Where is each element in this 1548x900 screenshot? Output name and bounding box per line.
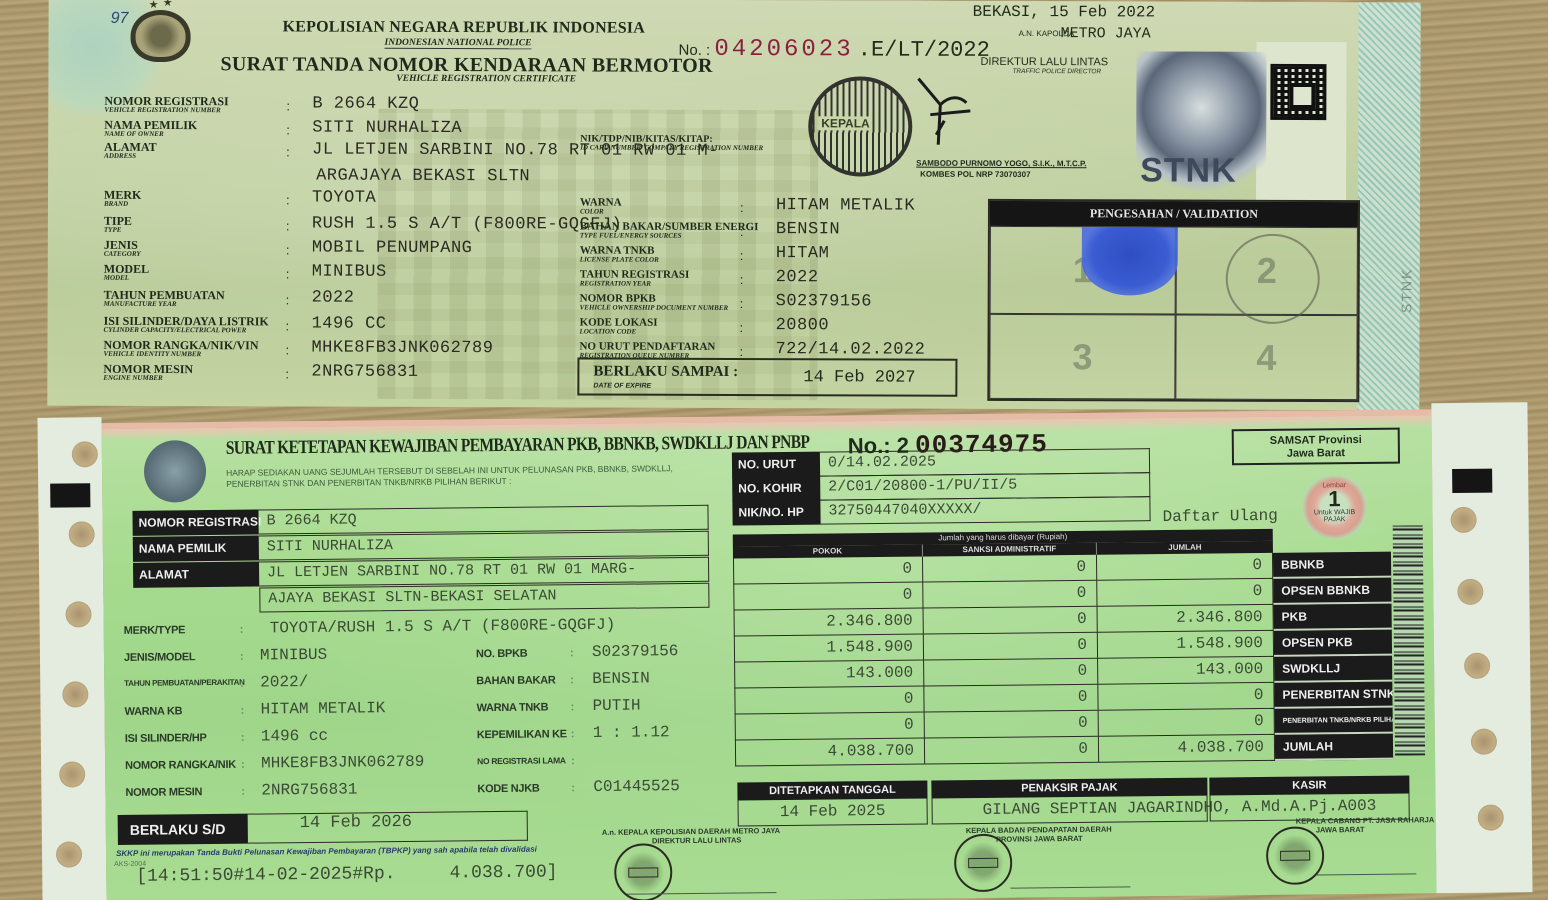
- feed-hole: [69, 521, 95, 547]
- stamp-inner: [1280, 851, 1310, 861]
- skkp-title: SURAT KETETAPAN KEWAJIBAN PEMBAYARAN PKB…: [226, 432, 810, 460]
- field-label: TAHUN REGISTRASIREGISTRATION YEAR: [580, 269, 690, 287]
- bapenda-stamp: [954, 834, 1013, 893]
- feed-hole: [62, 681, 88, 707]
- field-value: 2NRG756831: [311, 363, 418, 382]
- colon: :: [740, 248, 744, 263]
- signature-line: [1010, 886, 1130, 888]
- star-icon: ★: [149, 0, 159, 11]
- vehicle-label: TAHUN PEMBUATAN/PERAKITAN: [124, 678, 244, 688]
- vehicle-value: PUTIH: [592, 697, 640, 716]
- field-value: 20800: [776, 316, 830, 335]
- colon: :: [740, 200, 744, 215]
- cell-pokok: 0: [733, 583, 923, 611]
- document-number-suffix: .E/LT/2022: [858, 37, 990, 62]
- vehicle-value: HITAM METALIK: [260, 699, 385, 718]
- field-value: SITI NURHALIZA: [312, 119, 462, 139]
- colon: :: [740, 296, 744, 311]
- blue-validation-stamp: [1082, 227, 1178, 295]
- vehicle-value: C01445525: [593, 777, 680, 796]
- payment-item-label: OPSEN PKB: [1274, 630, 1392, 657]
- feed-hole: [1471, 729, 1497, 755]
- stamp-inner: [968, 858, 998, 868]
- validation-cell-3: 3: [989, 314, 1175, 400]
- assessor-value: GILANG SEPTIAN JAGARINDHO, A.Md.A.Pj.A00…: [932, 796, 1208, 825]
- field-value: RUSH 1.5 S A/T (F800RE-GQGFJ): [312, 215, 622, 235]
- colon: :: [241, 759, 245, 771]
- cell-jumlah: 2.346.800: [1098, 605, 1274, 633]
- vehicle-label: WARNA KB: [124, 705, 182, 718]
- signatory-rank: KOMBES POL NRP 73070307: [920, 170, 1030, 179]
- stamp-label: KEPALA: [818, 116, 873, 130]
- field-value: MOBIL PENUMPANG: [312, 239, 473, 259]
- feed-hole: [1478, 804, 1504, 830]
- cell-pokok: 0: [735, 713, 925, 741]
- meta-label: NO. KOHIR: [732, 476, 820, 502]
- assessor-box: PENAKSIR PAJAK GILANG SEPTIAN JAGARINDHO…: [931, 778, 1207, 825]
- barcode-icon: [1393, 525, 1425, 755]
- field-label-en: CATEGORY: [104, 251, 141, 258]
- nik-label: NIK/TDP/NIB/KITAS/KITAP: ID CARD NUMBER/…: [580, 133, 763, 152]
- signatory-name: SAMBODO PURNOMO YOGO, S.I.K., M.T.C.P.: [916, 159, 1086, 169]
- registration-mark: [50, 483, 90, 507]
- cell-pokok: 0: [733, 557, 923, 585]
- tractor-feed-strip: [37, 417, 106, 900]
- payment-item-label: PENERBITAN STNK: [1274, 682, 1392, 709]
- colon: :: [240, 678, 244, 690]
- cell-sanksi: 0: [924, 633, 1098, 661]
- colon: :: [570, 647, 574, 659]
- cell-sanksi: 0: [924, 607, 1098, 635]
- validation-stamp: [1226, 234, 1320, 324]
- owner-value: SITI NURHALIZA: [259, 531, 709, 561]
- feed-hole: [1457, 579, 1483, 605]
- owner-value: JL LETJEN SARBINI NO.78 RT 01 RW 01 MARG…: [259, 557, 709, 587]
- vehicle-fields-left: NOMOR REGISTRASIVEHICLE REGISTRATION NUM…: [49, 0, 1421, 2]
- stamp-inner: [628, 867, 658, 877]
- cell-pokok: 4.038.700: [735, 739, 925, 767]
- owner-value-continued: AJAYA BEKASI SLTN-BEKASI SELATAN: [259, 583, 709, 613]
- field-label: MERKBRAND: [104, 190, 141, 208]
- field-value: BENSIN: [776, 220, 840, 239]
- issue-place-date: BEKASI, 15 Feb 2022: [973, 3, 1155, 22]
- payment-item-label: JUMLAH: [1275, 734, 1393, 761]
- field-value: MINIBUS: [312, 263, 387, 282]
- star-icon: ★: [163, 0, 173, 9]
- payment-item-label: SWDKLLJ: [1274, 656, 1392, 683]
- colon: :: [286, 318, 290, 333]
- field-label: TIPETYPE: [104, 216, 132, 234]
- jasaraharja-sign-line2: JAWA BARAT: [1296, 824, 1435, 834]
- skkp-instructions: HARAP SEDIAKAN UANG SEJUMLAH TERSEBUT DI…: [226, 463, 726, 490]
- skkp-body: SURAT KETETAPAN KEWAJIBAN PEMBAYARAN PKB…: [102, 409, 1437, 900]
- police-sign-label: A.n. KEPALA KEPOLISIAN DAERAH METRO JAYA…: [602, 826, 780, 846]
- colon: :: [286, 292, 290, 307]
- field-value: HITAM: [776, 244, 830, 263]
- cell-pokok: 1.548.900: [734, 635, 924, 663]
- expiry-value: 14 Feb 2027: [803, 368, 915, 387]
- field-label-en: VEHICLE REGISTRATION NUMBER: [104, 107, 228, 114]
- assessed-date-value: 14 Feb 2025: [738, 799, 928, 827]
- field-label: NOMOR BPKBVEHICLE OWNERSHIP DOCUMENT NUM…: [580, 293, 729, 312]
- signature-line: [1316, 873, 1416, 875]
- owner-value: B 2664 KZQ: [258, 505, 708, 535]
- colon: :: [240, 624, 244, 636]
- sheet-badge: Lembar 1 Untuk WAJIB PAJAK: [1302, 476, 1367, 539]
- field-label: KODE LOKASILOCATION CODE: [580, 317, 658, 335]
- cell-jumlah: 1.548.900: [1098, 631, 1274, 659]
- service-type: Daftar Ulang: [1162, 507, 1277, 526]
- cashier-label: KASIR: [1209, 775, 1409, 795]
- cell-jumlah: 0: [1098, 683, 1274, 711]
- vehicle-label: KODE NJKB: [477, 783, 539, 796]
- document-number-value: 04206023: [714, 36, 853, 63]
- police-emblem-icon: [130, 10, 190, 62]
- vehicle-label: WARNA TNKB: [476, 701, 548, 714]
- feed-hole: [1450, 507, 1476, 533]
- field-label: NAMA PEMILIKNAME OF OWNER: [104, 120, 197, 138]
- field-value: 722/14.02.2022: [775, 340, 925, 360]
- meta-label: NIK/NO. HP: [732, 500, 820, 526]
- vehicle-label: ISI SILINDER/HP: [125, 732, 207, 745]
- colon: :: [241, 786, 245, 798]
- validation-print: [14:51:50#14-02-2025#Rp. 4.038.700]: [136, 862, 557, 886]
- police-sign-line2: DIREKTUR LALU LINTAS: [602, 835, 780, 846]
- field-value: 2022: [776, 268, 819, 287]
- vehicle-value: 2NRG756831: [261, 780, 357, 799]
- cell-jumlah: 4.038.700: [1099, 735, 1275, 763]
- field-value: TOYOTA: [312, 189, 376, 208]
- owner-label: NOMOR REGISTRASI: [132, 510, 258, 536]
- skkp-note: SKKP ini merupakan Tanda Bukti Pelunasan…: [116, 845, 537, 858]
- field-label: NOMOR REGISTRASIVEHICLE REGISTRATION NUM…: [104, 96, 228, 114]
- vehicle-label: BAHAN BAKAR: [476, 674, 555, 687]
- field-value: 2022: [312, 289, 355, 308]
- field-label: ISI SILINDER/DAYA LISTRIKCYLINDER CAPACI…: [104, 316, 269, 335]
- agency-title: KEPOLISIAN NEGARA REPUBLIK INDONESIA: [283, 18, 645, 37]
- colon: :: [286, 98, 290, 113]
- vehicle-label: NO. BPKB: [476, 648, 528, 661]
- owner-row-continued: AJAYA BEKASI SLTN-BEKASI SELATAN: [259, 583, 709, 613]
- vehicle-fields-right: WARNACOLOR:HITAM METALIKBAHAN BAKAR/SUMB…: [49, 0, 1421, 2]
- field-value: 1496 CC: [312, 315, 387, 334]
- document-number: No. : 04206023 .E/LT/2022: [678, 36, 989, 64]
- colon: :: [286, 144, 290, 159]
- cell-jumlah: 0: [1097, 553, 1273, 581]
- colon: :: [571, 755, 575, 767]
- valid-until-value: 14 Feb 2026: [248, 811, 528, 844]
- validation-cell-4: 4: [1175, 315, 1357, 401]
- colon: :: [286, 266, 290, 281]
- stnk-hologram-label: STNK: [1140, 151, 1237, 190]
- province-emblem-icon: [144, 440, 207, 503]
- vehicle-value: 1 : 1.12: [593, 723, 670, 742]
- side-watermark: STNK: [1398, 268, 1414, 313]
- field-label: NOMOR RANGKA/NIK/VINVEHICLE IDENTITY NUM…: [103, 340, 258, 359]
- official-stamp: KEPALA: [808, 76, 912, 176]
- vehicle-label: NOMOR RANGKA/NIK: [125, 759, 236, 772]
- field-value: B 2664 KZQ: [312, 95, 419, 114]
- cashier-box: KASIR: [1209, 775, 1409, 821]
- qr-code-icon: [1270, 64, 1326, 120]
- samsat-line2: Jawa Barat: [1234, 447, 1398, 462]
- colon: :: [286, 218, 290, 233]
- field-value: MHKE8FB3JNK062789: [311, 339, 493, 359]
- valid-until: BERLAKU S/D 14 Feb 2026: [118, 811, 528, 845]
- cell-pokok: 0: [734, 687, 924, 715]
- cell-sanksi: 0: [924, 659, 1098, 687]
- payment-item-label: PKB: [1274, 604, 1392, 631]
- field-label: TAHUN PEMBUATANMANUFACTURE YEAR: [104, 290, 225, 308]
- feed-hole: [56, 841, 82, 867]
- payment-item-label: BBNKB: [1273, 552, 1391, 579]
- colon: :: [240, 705, 244, 717]
- colon: :: [241, 732, 245, 744]
- cell-pokok: 143.000: [734, 661, 924, 689]
- vehicle-value: TOYOTA/RUSH 1.5 S A/T (F800RE-GQGFJ): [270, 616, 616, 638]
- colon: :: [739, 344, 743, 359]
- colon: :: [286, 122, 290, 137]
- vehicle-label: JENIS/MODEL: [124, 651, 195, 664]
- jasaraharja-sign-line1: KEPALA CABANG PT. JASA RAHARJA: [1296, 815, 1435, 825]
- colon: :: [285, 342, 289, 357]
- payment-item-label: PENERBITAN TNKB/NRKB PILIHAN: [1275, 708, 1393, 735]
- sheet-number: 1: [1302, 489, 1366, 510]
- payment-table: Jumlah yang harus dibayar (Rupiah) POKOK…: [733, 528, 1397, 535]
- feed-hole: [65, 601, 91, 627]
- vehicle-value: S02379156: [592, 642, 679, 661]
- colon: :: [570, 701, 574, 713]
- tractor-feed-strip: [1431, 402, 1532, 893]
- stnk-certificate: 97 ★ ★ KEPOLISIAN NEGARA REPUBLIK INDONE…: [47, 0, 1420, 410]
- validation-grid: PENGESAHAN / VALIDATION 1 2 3 4: [987, 199, 1360, 402]
- feed-hole: [59, 761, 85, 787]
- document-number-label: No. :: [679, 42, 711, 59]
- field-label: ALAMATADDRESS: [104, 142, 157, 160]
- cell-sanksi: 0: [924, 685, 1098, 713]
- field-label: BAHAN BAKAR/SUMBER ENERGITYPE FUEL/ENERG…: [580, 221, 759, 240]
- skkp-tax-assessment: SURAT KETETAPAN KEWAJIBAN PEMBAYARAN PKB…: [37, 402, 1532, 900]
- payment-row: 4.038.70004.038.700JUMLAH: [735, 734, 1393, 767]
- expiry-label-en: DATE OF EXPIRE: [593, 383, 651, 390]
- cell-jumlah: 0: [1099, 709, 1275, 737]
- owner-label: NAMA PEMILIK: [133, 536, 259, 562]
- director-title-en: TRAFFIC POLICE DIRECTOR: [1012, 68, 1101, 75]
- jasaraharja-sign-label: KEPALA CABANG PT. JASA RAHARJA JAWA BARA…: [1296, 815, 1435, 834]
- field-label: WARNACOLOR: [580, 197, 622, 215]
- colon: :: [285, 366, 289, 381]
- meta-value: 32750447040XXXXX/: [820, 496, 1150, 524]
- cell-sanksi: 0: [925, 711, 1099, 739]
- colon: :: [740, 224, 744, 239]
- colon: :: [571, 728, 575, 740]
- handwritten-mark: 97: [111, 10, 129, 28]
- field-label-en: LOCATION CODE: [580, 328, 658, 335]
- field-value-continued: ARGAJAYA BEKASI SLTN: [316, 167, 530, 187]
- valid-until-label: BERLAKU S/D: [118, 814, 248, 845]
- field-label-en: REGISTRATION YEAR: [580, 280, 690, 287]
- police-stamp: [614, 843, 673, 900]
- signature-line: [626, 892, 776, 895]
- cell-jumlah: 143.000: [1098, 657, 1274, 685]
- region: METRO JAYA: [1061, 25, 1151, 42]
- field-label-en: LICENSE PLATE COLOR: [580, 256, 659, 263]
- vehicle-value: MHKE8FB3JNK062789: [261, 753, 424, 773]
- vehicle-value: 2022/: [260, 673, 308, 692]
- colon: :: [740, 320, 744, 335]
- colon: :: [571, 782, 575, 794]
- colon: :: [570, 674, 574, 686]
- field-label-en: TYPE FUEL/ENERGY SOURCES: [580, 232, 758, 240]
- field-label-en: COLOR: [580, 208, 622, 215]
- field-label-en: VEHICLE OWNERSHIP DOCUMENT NUMBER: [580, 304, 729, 312]
- owner-label: ALAMAT: [133, 562, 259, 588]
- colon: :: [286, 242, 290, 257]
- meta-row: NIK/NO. HP32750447040XXXXX/: [732, 496, 1150, 525]
- field-label: MODELMODEL: [104, 264, 149, 282]
- field-value: S02379156: [776, 292, 872, 311]
- signature: [910, 75, 980, 155]
- payment-item-label: OPSEN BBNKB: [1273, 578, 1391, 605]
- vehicle-label: MERK/TYPE: [124, 624, 186, 637]
- expiry-label: BERLAKU SAMPAI :: [593, 364, 738, 382]
- meta-label: NO. URUT: [732, 452, 820, 478]
- agency-subtitle: INDONESIAN NATIONAL POLICE: [385, 38, 532, 50]
- field-label: WARNA TNKBLICENSE PLATE COLOR: [580, 245, 659, 263]
- field-label: NOMOR MESINENGINE NUMBER: [103, 364, 193, 382]
- validation-title: PENGESAHAN / VALIDATION: [990, 201, 1358, 227]
- field-label: JENISCATEGORY: [104, 240, 141, 258]
- vehicle-label: NOMOR MESIN: [125, 786, 202, 799]
- expiry-box: BERLAKU SAMPAI : DATE OF EXPIRE 14 Feb 2…: [577, 357, 957, 396]
- document-subtitle: VEHICLE REGISTRATION CERTIFICATE: [396, 74, 576, 85]
- jasaraharja-stamp: [1266, 826, 1325, 885]
- field-value: HITAM METALIK: [776, 196, 915, 215]
- vehicle-label: NO REGISTRASI LAMA: [477, 755, 566, 766]
- colon: :: [240, 651, 244, 663]
- colon: :: [286, 192, 290, 207]
- security-pattern: [1357, 2, 1420, 410]
- vehicle-value: BENSIN: [592, 669, 650, 688]
- cell-pokok: 2.346.800: [734, 609, 924, 637]
- assessed-date-box: DITETAPKAN TANGGAL 14 Feb 2025: [737, 781, 927, 827]
- cell-sanksi: 0: [925, 737, 1099, 765]
- registration-mark: [1452, 469, 1492, 493]
- director-title: DIREKTUR LALU LINTAS: [980, 56, 1108, 68]
- field-label-en: CYLINDER CAPACITY/ELECTRICAL POWER: [104, 327, 269, 335]
- cell-sanksi: 0: [923, 581, 1097, 609]
- sheet-for: Untuk WAJIB PAJAK: [1303, 509, 1367, 524]
- vehicle-value: MINIBUS: [260, 646, 327, 665]
- assessed-date-label: DITETAPKAN TANGGAL: [737, 781, 927, 801]
- feed-hole: [72, 441, 98, 467]
- feed-hole: [1464, 653, 1490, 679]
- vehicle-label: KEPEMILIKAN KE: [477, 728, 567, 741]
- nik-label-en: ID CARD NUMBER/ COMPANY REGISTRATION NUM…: [580, 144, 763, 152]
- vehicle-value: 1496 cc: [261, 727, 328, 746]
- cell-jumlah: 0: [1097, 579, 1273, 607]
- colon: :: [740, 272, 744, 287]
- cell-sanksi: 0: [923, 555, 1097, 583]
- samsat-box: SAMSAT Provinsi Jawa Barat: [1232, 428, 1400, 466]
